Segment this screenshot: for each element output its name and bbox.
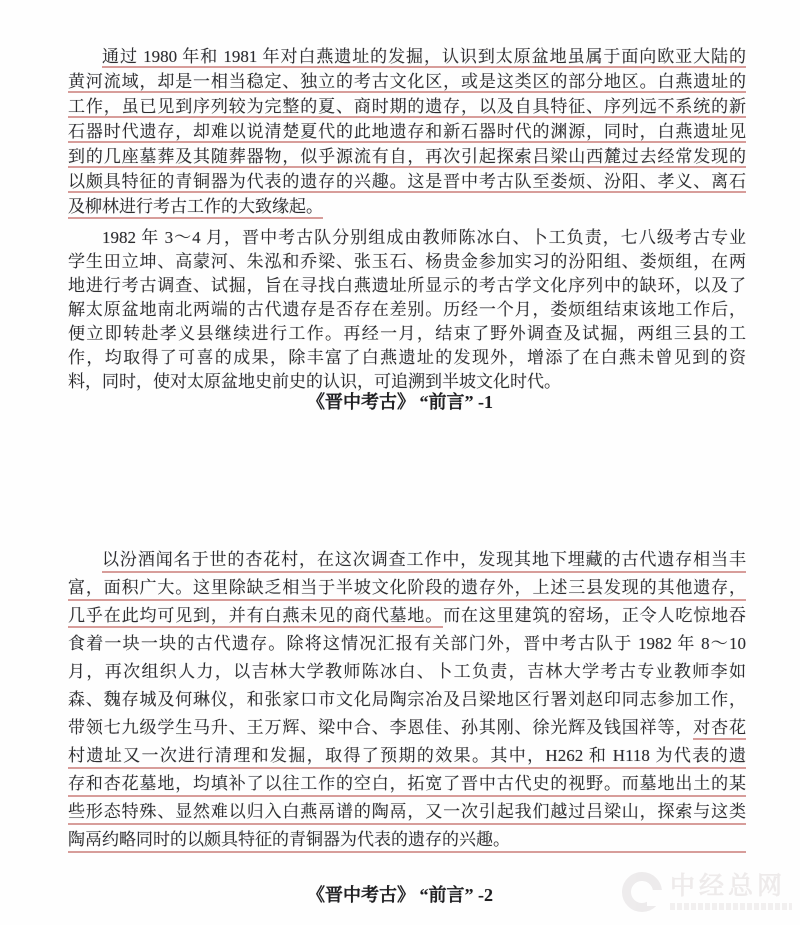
text-line: 以汾酒闻名于世的杏花村，在这次调查工作中，发现其地下埋藏的古代遗存相当丰 xyxy=(68,546,746,574)
text-line: 地进行考古调查、试掘，旨在寻找白燕遗址所显示的考古学文化序列中的缺环，以及了 xyxy=(68,274,746,298)
text-line: 到的几座墓葬及其随葬器物，似乎源流有自，再次引起探索吕梁山西麓过去经常发现的 xyxy=(68,144,746,169)
text-run: 以汾酒闻名于世的杏花村，在这次调查工作中，发现其地下埋藏的古代遗存相当丰 xyxy=(102,550,746,569)
document-page: 通过 1980 年和 1981 年对白燕遗址的发掘，认识到太原盆地虽属于面向欧亚… xyxy=(0,0,800,925)
text-line: 些形态特殊、显然难以归入白燕鬲谱的陶鬲，又一次引起我们越过吕梁山，探索与这类 xyxy=(68,798,746,826)
text-run: 些形态特殊、显然难以归入白燕鬲谱的陶鬲，又一次引起我们越过吕梁山，探索与这类 xyxy=(68,802,746,821)
text-run: 存和杏花墓地，均填补了以往工作的空白，拓宽了晋中古代史的视野。而墓地出土的某 xyxy=(68,774,746,793)
text-run: 石器时代遗存，却难以说清楚夏代的此地遗存和新石器时代的渊源，同时，白燕遗址见 xyxy=(68,122,746,141)
text-run: 村遗址又一次进行清理和发掘，取得了预期的效果。其中，H262 和 H118 为代… xyxy=(68,746,746,765)
text-run: 带领七九级学生马升、王万辉、梁中合、李恩佳、孙其刚、徐光辉及钱国祥等， xyxy=(68,718,693,737)
text-line: 工作，虽已见到序列较为完整的夏、商时期的遗存，以及自具特征、序列远不系统的新 xyxy=(68,94,746,119)
text-run: 学生田立坤、高蒙河、朱泓和乔梁、张玉石、杨贵金参加实习的汾阳组、娄烦组，在两 xyxy=(68,252,746,271)
text-run: 到的几座墓葬及其随葬器物，似乎源流有自，再次引起探索吕梁山西麓过去经常发现的 xyxy=(68,147,746,166)
text-run: 森、魏存城及何琳仪，和张家口市文化局陶宗冶及吕梁地区行署刘赵印同志参加工作， xyxy=(68,690,746,709)
text-run: 1982 年 3～4 月，晋中考古队分别组成由教师陈冰白、卜工负责，七八级考古专… xyxy=(102,228,746,247)
underlined-text-run: 几乎在此均可见到，并有白燕未见的商代墓地。 xyxy=(68,606,443,628)
excerpt-2-paragraph-1: 以汾酒闻名于世的杏花村，在这次调查工作中，发现其地下埋藏的古代遗存相当丰富，面积… xyxy=(68,546,746,854)
text-line: 石器时代遗存，却难以说清楚夏代的此地遗存和新石器时代的渊源，同时，白燕遗址见 xyxy=(68,119,746,144)
text-line: 1982 年 3～4 月，晋中考古队分别组成由教师陈冰白、卜工负责，七八级考古专… xyxy=(68,226,746,250)
text-run: 陶鬲约略同时的以颇具特征的青铜器为代表的遗存的兴趣。 xyxy=(68,830,510,849)
text-run: 便立即转赴孝义县继续进行工作。再经一月，结束了野外调查及试掘，两组三县的工 xyxy=(68,324,746,343)
underlined-text-run: 对杏花 xyxy=(693,718,746,740)
text-line: 学生田立坤、高蒙河、朱泓和乔梁、张玉石、杨贵金参加实习的汾阳组、娄烦组，在两 xyxy=(68,250,746,274)
text-run: 月，再次组织人力，以吉林大学教师陈冰白、卜工负责，吉林大学考古专业教师李如 xyxy=(68,662,746,681)
text-line: 通过 1980 年和 1981 年对白燕遗址的发掘，认识到太原盆地虽属于面向欧亚… xyxy=(68,44,746,69)
text-line: 带领七九级学生马升、王万辉、梁中合、李恩佳、孙其刚、徐光辉及钱国祥等，对杏花 xyxy=(68,714,746,742)
excerpt-1-paragraph-1: 通过 1980 年和 1981 年对白燕遗址的发掘，认识到太原盆地虽属于面向欧亚… xyxy=(68,44,746,219)
text-line: 富，面积广大。这里除缺乏相当于半坡文化阶段的遗存外，上述三县发现的其他遗存， xyxy=(68,574,746,602)
text-run: 食着一块一块的古代遗存。除将这情况汇报有关部门外，晋中考古队于 1982 年 8… xyxy=(68,634,746,653)
text-run: 黄河流域，却是一相当稳定、独立的考古文化区，或是这类区的部分地区。白燕遗址的 xyxy=(68,72,746,91)
text-run: 作，均取得了可喜的成果，除丰富了白燕遗址的发现外，增添了在白燕未曾见到的资 xyxy=(68,348,746,367)
text-run: 工作，虽已见到序列较为完整的夏、商时期的遗存，以及自具特征、序列远不系统的新 xyxy=(68,97,746,116)
text-line: 森、魏存城及何琳仪，和张家口市文化局陶宗冶及吕梁地区行署刘赵印同志参加工作， xyxy=(68,686,746,714)
source-caption-1: 《晋中考古》 “前言” -1 xyxy=(0,388,800,414)
text-line: 村遗址又一次进行清理和发掘，取得了预期的效果。其中，H262 和 H118 为代… xyxy=(68,742,746,770)
text-run: 通过 1980 年和 1981 年对白燕遗址的发掘，认识到太原盆地虽属于面向欧亚… xyxy=(102,47,746,66)
text-line: 陶鬲约略同时的以颇具特征的青铜器为代表的遗存的兴趣。 xyxy=(68,826,746,854)
text-line: 几乎在此均可见到，并有白燕未见的商代墓地。而在这里建筑的窑场，正令人吃惊地吞 xyxy=(68,602,746,630)
text-run: 而在这里建筑的窑场，正令人吃惊地吞 xyxy=(443,606,746,625)
text-line: 黄河流域，却是一相当稳定、独立的考古文化区，或是这类区的部分地区。白燕遗址的 xyxy=(68,69,746,94)
text-line: 以颇具特征的青铜器为代表的遗存的兴趣。这是晋中考古队至娄烦、汾阳、孝义、离石 xyxy=(68,169,746,194)
text-run: 解太原盆地南北两端的古代遗存是否存在差别。历经一个月，娄烦组结束该地工作后， xyxy=(68,300,746,319)
text-line: 解太原盆地南北两端的古代遗存是否存在差别。历经一个月，娄烦组结束该地工作后， xyxy=(68,298,746,322)
source-caption-2: 《晋中考古》 “前言” -2 xyxy=(0,881,800,907)
text-line: 存和杏花墓地，均填补了以往工作的空白，拓宽了晋中古代史的视野。而墓地出土的某 xyxy=(68,770,746,798)
text-line: 月，再次组织人力，以吉林大学教师陈冰白、卜工负责，吉林大学考古专业教师李如 xyxy=(68,658,746,686)
text-run: 以颇具特征的青铜器为代表的遗存的兴趣。这是晋中考古队至娄烦、汾阳、孝义、离石 xyxy=(68,172,746,191)
underlined-text-run: 及柳林进行考古工作的大致缘起。 xyxy=(68,197,323,219)
text-line: 作，均取得了可喜的成果，除丰富了白燕遗址的发现外，增添了在白燕未曾见到的资 xyxy=(68,346,746,370)
text-line: 及柳林进行考古工作的大致缘起。 xyxy=(68,194,746,219)
text-run: 地进行考古调查、试掘，旨在寻找白燕遗址所显示的考古学文化序列中的缺环，以及了 xyxy=(68,276,746,295)
excerpt-1-paragraph-2: 1982 年 3～4 月，晋中考古队分别组成由教师陈冰白、卜工负责，七八级考古专… xyxy=(68,226,746,394)
text-line: 食着一块一块的古代遗存。除将这情况汇报有关部门外，晋中考古队于 1982 年 8… xyxy=(68,630,746,658)
text-line: 便立即转赴孝义县继续进行工作。再经一月，结束了野外调查及试掘，两组三县的工 xyxy=(68,322,746,346)
text-run: 富，面积广大。这里除缺乏相当于半坡文化阶段的遗存外，上述三县发现的其他遗存， xyxy=(68,578,746,597)
